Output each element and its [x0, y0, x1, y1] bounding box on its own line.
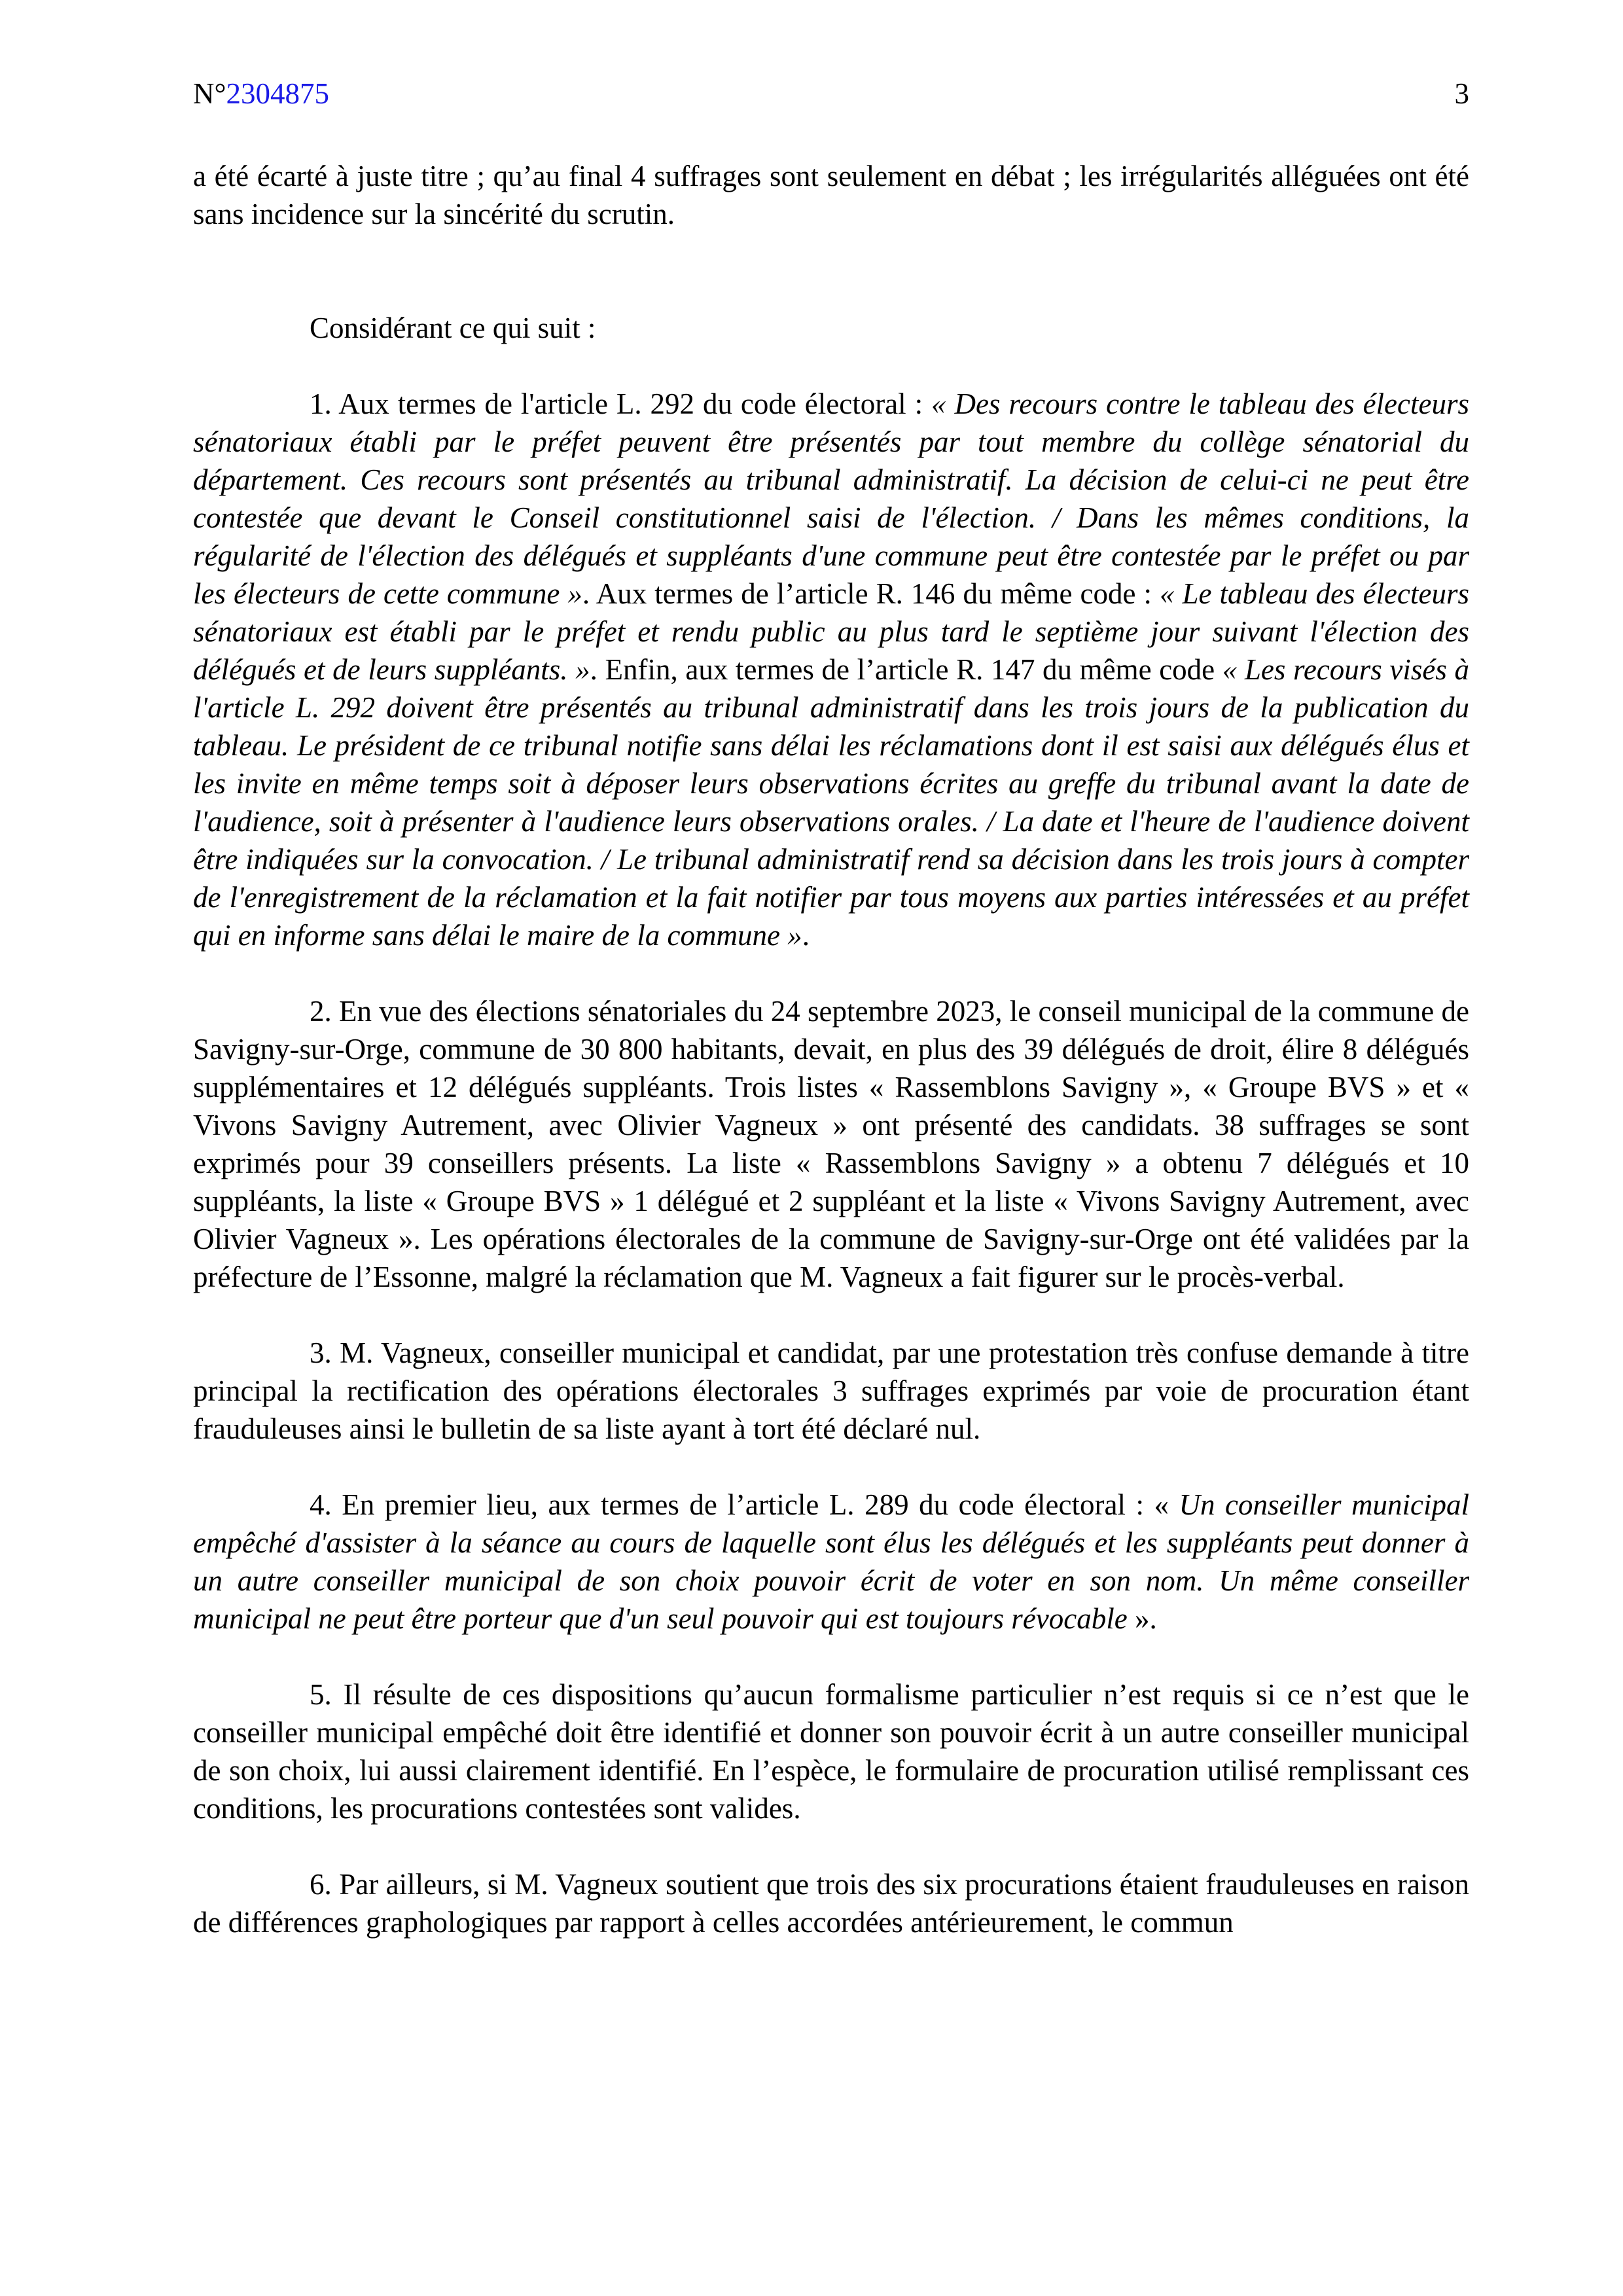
paragraph-number: 3. — [310, 1336, 332, 1369]
continuation-paragraph: a été écarté à juste titre ; qu’au final… — [193, 157, 1469, 233]
text-segment: En vue des élections sénatoriales du 24 … — [193, 995, 1469, 1293]
considerant-heading: Considérant ce qui suit : — [193, 309, 1469, 347]
text-segment: ». — [1128, 1602, 1157, 1635]
text-segment: . Aux termes de l’article R. 146 du même… — [582, 577, 1160, 610]
case-prefix: N° — [193, 77, 226, 110]
text-segment: Aux termes de l'article L. 292 du code é… — [332, 387, 931, 420]
paragraph-2: 2. En vue des élections sénatoriales du … — [193, 992, 1469, 1296]
case-number: 2304875 — [226, 77, 330, 110]
quote-segment: « Les recours visés à l'article L. 292 d… — [193, 653, 1469, 952]
text-segment: . Enfin, aux termes de l’article R. 147 … — [590, 653, 1222, 686]
text-segment: Par ailleurs, si M. Vagneux soutient que… — [193, 1868, 1469, 1939]
text-segment: M. Vagneux, conseiller municipal et cand… — [193, 1336, 1469, 1445]
paragraph-1: 1. Aux termes de l'article L. 292 du cod… — [193, 385, 1469, 954]
quote-segment: « Des recours contre le tableau des élec… — [193, 387, 1469, 610]
paragraph-4: 4. En premier lieu, aux termes de l’arti… — [193, 1486, 1469, 1638]
paragraph-5: 5. Il résulte de ces dispositions qu’auc… — [193, 1676, 1469, 1827]
page-number: 3 — [1455, 75, 1470, 113]
document-page: N°2304875 3 a été écarté à juste titre ;… — [0, 0, 1623, 2296]
page-header: N°2304875 3 — [193, 75, 1469, 113]
document-body: a été écarté à juste titre ; qu’au final… — [193, 157, 1469, 1979]
paragraph-number: 1. — [310, 387, 332, 420]
paragraph-3: 3. M. Vagneux, conseiller municipal et c… — [193, 1334, 1469, 1448]
paragraph-6: 6. Par ailleurs, si M. Vagneux soutient … — [193, 1865, 1469, 1941]
paragraph-number: 6. — [310, 1868, 332, 1901]
case-reference: N°2304875 — [193, 75, 329, 113]
paragraph-number: 2. — [310, 995, 332, 1028]
paragraph-number: 4. — [310, 1488, 332, 1521]
paragraph-number: 5. — [310, 1678, 332, 1711]
text-segment: En premier lieu, aux termes de l’article… — [332, 1488, 1179, 1521]
text-segment: . — [802, 919, 810, 952]
text-segment: Il résulte de ces dispositions qu’aucun … — [193, 1678, 1469, 1825]
